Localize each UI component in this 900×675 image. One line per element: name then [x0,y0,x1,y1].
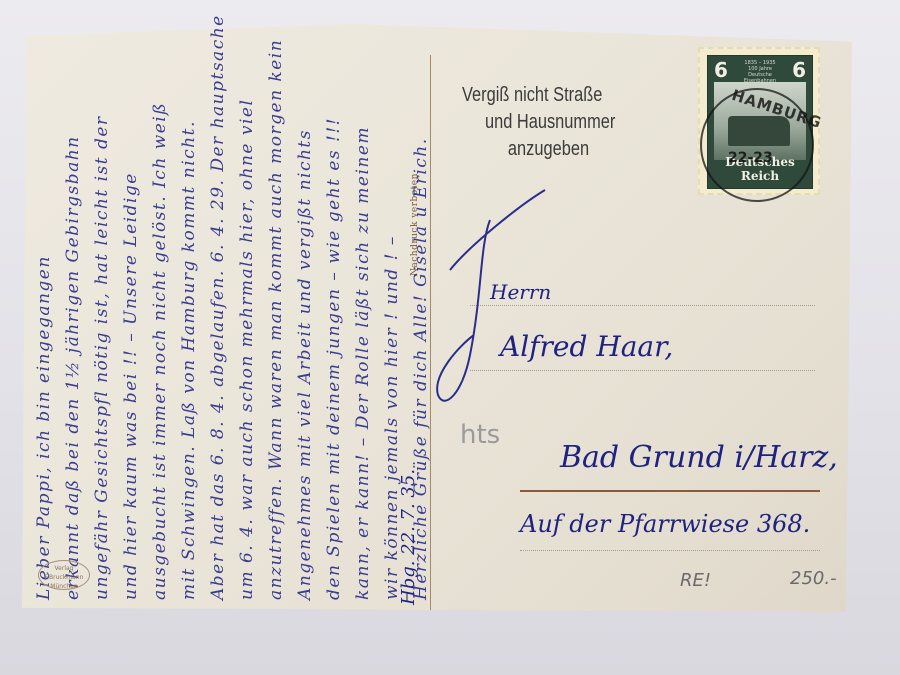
postmark: HAMBURG 22-23 [700,88,814,202]
stamp-value: 6 [714,58,728,82]
address-line [520,490,820,492]
address-name: Alfred Haar, [500,330,673,363]
stamp-value: 6 [792,58,806,82]
slogan-line: und Hausnummer [462,109,615,136]
pencil-note: hts [460,420,500,450]
letter-line: anzutreffen. Wann waren man kommt auch m… [262,40,291,600]
letter-date: Hbg. 22. 7. 35. [398,469,419,605]
price-note: 250.- [790,568,837,589]
letter-line: Aber hat das 6. 8. 4. abgelaufen. 6. 4. … [204,40,233,600]
letter-line: Angenehmes mit viel Arbeit und vergißt n… [291,40,320,600]
address-street: Auf der Pfarrwiese 368. [520,510,810,538]
publisher-line: Verlag [39,564,89,573]
letter-line: den Spielen mit deinem jungen – wie geht… [320,40,349,600]
address-salutation: Herrn [490,280,551,304]
publisher-line: F.Bruckmann [39,573,89,582]
slogan-line: Vergiß nicht Straße [462,82,615,109]
handwritten-letter: Lieber Pappi, ich bin eingegangen erkann… [30,40,410,600]
stamp-caption: 1835 – 1935 100 Jahre Deutsche Eisenbahn… [738,60,782,84]
publisher-line: München [39,582,89,591]
letter-line: und hier kaum was bei !! – Unsere Leidig… [117,40,146,600]
postmark-time: 22-23 [728,150,773,166]
letter-line: um 6. 4. war auch schon mehrmals hier, o… [233,40,262,600]
slogan-cancellation: Vergiß nicht Straße und Hausnummer anzug… [462,82,615,163]
slogan-line: anzugeben [462,136,615,163]
letter-line: mit Schwingen. Laß von Hamburg kommt nic… [175,40,204,600]
letter-line: ausgebucht ist immer noch nicht gelöst. … [146,40,175,600]
address-line [520,550,820,551]
letter-line: ungefähr Gesichtspfl nötig ist, hat leic… [88,40,117,600]
letter-line: kann, er kann! – Der Rolle läßt sich zu … [349,40,378,600]
letter-line: Lieber Pappi, ich bin eingegangen [30,40,59,600]
letter-line: erkannt daß bei den 1½ jährigen Gebirgsb… [59,40,88,600]
address-city: Bad Grund i/Harz, [560,440,838,475]
pencil-note: RE! [680,570,711,591]
publisher-stamp: Verlag F.Bruckmann München [38,560,90,590]
